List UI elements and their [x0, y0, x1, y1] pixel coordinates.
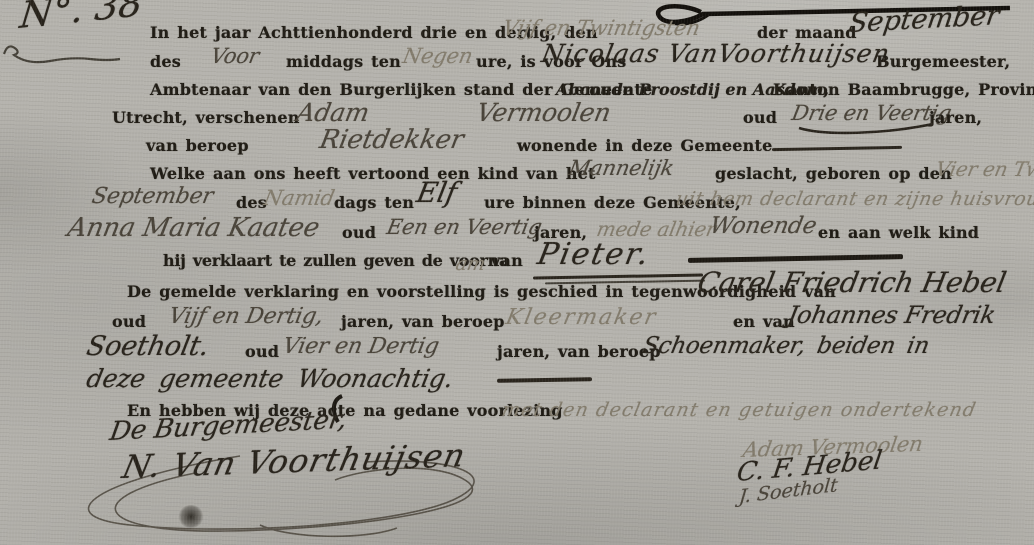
witness2-firstnames: Johannes Fredrik [785, 302, 997, 328]
witness2-surname: Soetholt. [84, 332, 211, 362]
printed-oud-2: oud [342, 224, 376, 242]
printed-geslacht-geboren: geslacht, geboren op den [715, 165, 952, 183]
printed-wonende: wonende in deze Gemeente [517, 137, 772, 155]
printed-middags-ten: middags ten [286, 53, 401, 71]
declarant-firstname: Adam [294, 99, 371, 127]
signing-note: met den declarant en getuigen onderteken… [500, 400, 978, 421]
witness2-age: Vier en Dertig [281, 335, 441, 359]
printed-des: des [150, 53, 181, 71]
printed-van-beroep: van beroep [146, 137, 249, 155]
residence-closing: deze gemeente Woonachtig. [84, 365, 455, 393]
child-gender: Mannelijk [567, 157, 676, 180]
declarant-surname: Vermoolen [474, 99, 613, 127]
official-name-handwritten: Nicolaas VanVoorthuijsen [539, 40, 892, 68]
mother-age: Een en Veertig [385, 216, 544, 239]
printed-vertoond: Welke aan ons heeft vertoond een kind va… [150, 165, 596, 183]
child-name: Pieter. [535, 238, 653, 271]
residence-note-2: Wonende [708, 214, 819, 239]
declarant-wife-note: uit hem declarant en zijne huisvrouw [674, 189, 1034, 210]
declarant-occupation: Rietdekker [317, 126, 466, 155]
printed-welk-kind: en aan welk kind [818, 224, 979, 242]
handwritten-am: am [454, 254, 487, 275]
printed-oud-3: oud [112, 313, 146, 331]
canton-province-printed: Kanton Baambrugge, Provincie [773, 81, 1034, 99]
child-name-underline-1 [533, 274, 703, 279]
month-handwritten: September [847, 1, 1001, 38]
date-day-handwritten: Vijf en Twintigsten [501, 17, 702, 40]
hour-handwritten: Negen [401, 45, 475, 68]
birth-record-page: N°. 38 In het jaar Achttienhonderd drie … [0, 0, 1034, 545]
printed-oud-4: oud [245, 343, 279, 361]
printed-burgemeester: Burgemeester, [876, 53, 1010, 71]
printed-jaren-beroep: jaren, van beroep [341, 313, 505, 331]
birth-daypart-handwritten: Namid [262, 187, 336, 210]
act-number-flourish [0, 38, 135, 68]
mother-name: Anna Maria Kaatee [65, 214, 321, 243]
printed-van: van [491, 252, 523, 270]
act-number: N°. 38 [18, 0, 145, 37]
closing-dash-thick [688, 254, 903, 263]
residence-dash [497, 377, 592, 383]
birth-day-handwritten: Vier en Twintigsten [934, 158, 1034, 180]
birth-hour-handwritten: Elf [414, 178, 459, 209]
birth-month-handwritten: September [90, 185, 215, 209]
printed-oud-1: oud [743, 109, 777, 127]
ink-blot [178, 505, 204, 528]
witness1-age: Vijf en Dertig, [167, 305, 326, 329]
printed-verschenen: Utrecht, verschenen [112, 109, 300, 127]
age-underline-flourish [795, 122, 940, 136]
witness1-name: Carel Friedrich Hebel [695, 268, 1008, 299]
daypart-handwritten: Voor [209, 45, 261, 68]
blank-dash [772, 146, 902, 151]
printed-jaren-beroep-2: jaren, van beroep [497, 343, 661, 361]
printed-dags-ten: dags ten [334, 194, 414, 212]
witness2-occupation: Schoenmaker, beiden in [641, 334, 932, 359]
witness1-occupation: Kleermaker [504, 306, 660, 330]
